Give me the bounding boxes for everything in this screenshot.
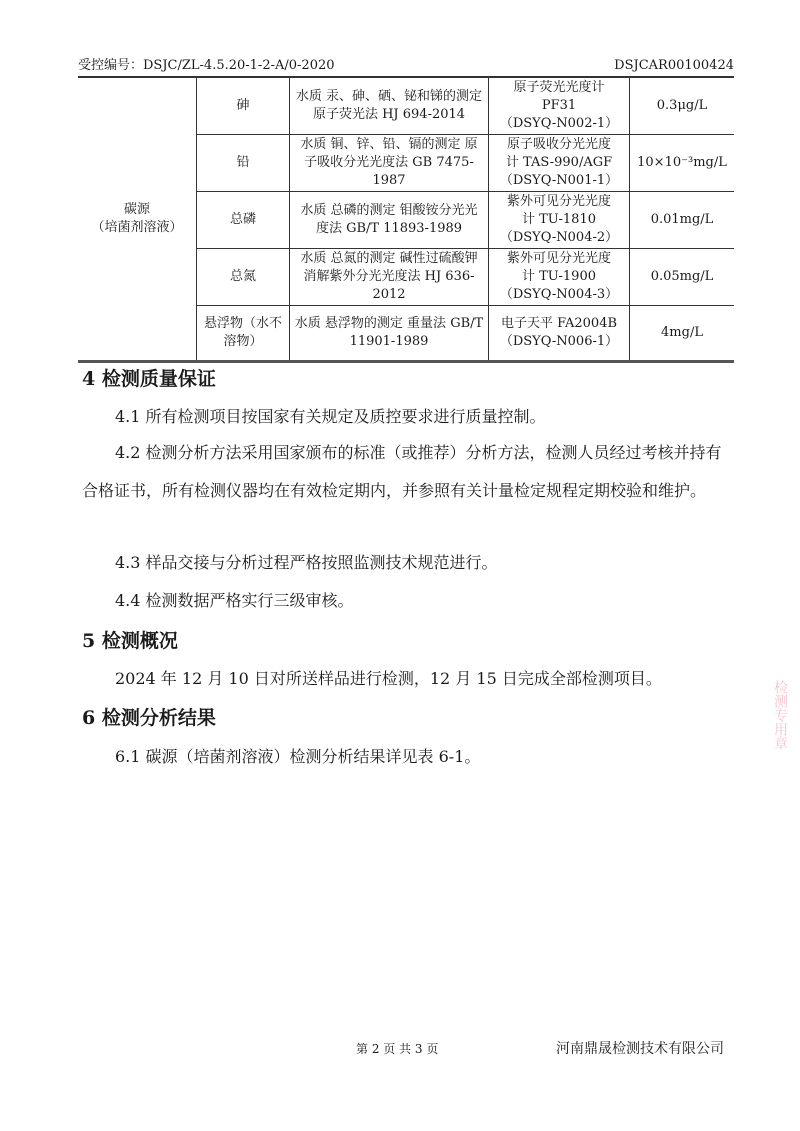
item-cell: 总磷: [197, 192, 290, 249]
instrument-name: 紫外可见分光光度: [493, 193, 625, 211]
section-6-heading: 6 检测分析结果: [82, 703, 216, 730]
section-5-heading: 5 检测概况: [82, 626, 178, 653]
method-cell: 水质 汞、砷、硒、铋和锑的测定 原子荧光法 HJ 694-2014: [290, 78, 489, 135]
paragraph-4-1: 4.1 所有检测项目按国家有关规定及质控要求进行质量控制。: [82, 398, 722, 436]
method-cell: 水质 悬浮物的测定 重量法 GB/T 11901-1989: [290, 306, 489, 362]
detection-limit-cell: 10×10⁻³mg/L: [630, 135, 735, 192]
instrument-id: （DSYQ-N004-2）: [493, 229, 625, 247]
paragraph-5: 2024 年 12 月 10 日对所送样品进行检测，12 月 15 日完成全部检…: [82, 660, 722, 698]
instrument-id: （DSYQ-N002-1）: [493, 115, 625, 133]
method-cell: 水质 铜、锌、铅、镉的测定 原子吸收分光光度法 GB 7475-1987: [290, 135, 489, 192]
instrument-model: PF31: [493, 97, 625, 115]
paragraph-4-3: 4.3 样品交接与分析过程严格按照监测技术规范进行。: [82, 544, 722, 582]
paragraph-4-2: 4.2 检测分析方法采用国家颁布的标准（或推荐）分析方法，检测人员经过考核并持有…: [82, 434, 722, 510]
instrument-model: 计 TU-1810: [493, 211, 625, 229]
instrument-id: （DSYQ-N001-1）: [493, 172, 625, 190]
detection-limit-cell: 0.01mg/L: [630, 192, 735, 249]
sample-name-cell: 碳源 （培菌剂溶液）: [78, 78, 197, 362]
instrument-name: 电子天平 FA2004B: [493, 315, 625, 333]
detection-limit-cell: 4mg/L: [630, 306, 735, 362]
seal-stamp: 检测专用章: [768, 680, 790, 810]
control-number: 受控编号：DSJC/ZL-4.5.20-1-2-A/0-2020: [78, 54, 335, 73]
detection-limit-cell: 0.05mg/L: [630, 249, 735, 306]
item-cell: 悬浮物（水不溶物）: [197, 306, 290, 362]
instrument-model: 计 TAS-990/AGF: [493, 154, 625, 172]
instrument-id: （DSYQ-N006-1）: [493, 333, 625, 351]
paragraph-6-1: 6.1 碳源（培菌剂溶液）检测分析结果详见表 6-1。: [82, 738, 722, 776]
item-cell: 砷: [197, 78, 290, 135]
sample-name-detail: （培菌剂溶液）: [82, 219, 192, 237]
instrument-name: 原子吸收分光光度: [493, 136, 625, 154]
instrument-cell: 紫外可见分光光度 计 TU-1810 （DSYQ-N004-2）: [489, 192, 630, 249]
instrument-model: 计 TU-1900: [493, 268, 625, 286]
table-row: 碳源 （培菌剂溶液） 砷 水质 汞、砷、硒、铋和锑的测定 原子荧光法 HJ 69…: [78, 78, 734, 135]
section-4-heading: 4 检测质量保证: [82, 364, 216, 391]
instrument-cell: 原子吸收分光光度 计 TAS-990/AGF （DSYQ-N001-1）: [489, 135, 630, 192]
instrument-id: （DSYQ-N004-3）: [493, 286, 625, 304]
instrument-cell: 紫外可见分光光度 计 TU-1900 （DSYQ-N004-3）: [489, 249, 630, 306]
instrument-name: 紫外可见分光光度: [493, 250, 625, 268]
item-cell: 总氮: [197, 249, 290, 306]
item-cell: 铅: [197, 135, 290, 192]
test-method-table: 碳源 （培菌剂溶液） 砷 水质 汞、砷、硒、铋和锑的测定 原子荧光法 HJ 69…: [78, 78, 734, 363]
page-number: 第 2 页 共 3 页: [356, 1040, 438, 1057]
report-number: DSJCAR00100424: [614, 58, 734, 73]
instrument-cell: 原子荧光光度计 PF31 （DSYQ-N002-1）: [489, 78, 630, 135]
method-cell: 水质 总氮的测定 碱性过硫酸钾消解紫外分光光度法 HJ 636-2012: [290, 249, 489, 306]
page-header: 受控编号：DSJC/ZL-4.5.20-1-2-A/0-2020 DSJCAR0…: [78, 52, 734, 78]
instrument-name: 原子荧光光度计: [493, 79, 625, 97]
sample-name: 碳源: [82, 201, 192, 219]
detection-limit-cell: 0.3μg/L: [630, 78, 735, 135]
method-cell: 水质 总磷的测定 钼酸铵分光光度法 GB/T 11893-1989: [290, 192, 489, 249]
company-name: 河南鼎晟检测技术有限公司: [556, 1038, 724, 1058]
instrument-cell: 电子天平 FA2004B （DSYQ-N006-1）: [489, 306, 630, 362]
paragraph-4-4: 4.4 检测数据严格实行三级审核。: [82, 582, 722, 620]
